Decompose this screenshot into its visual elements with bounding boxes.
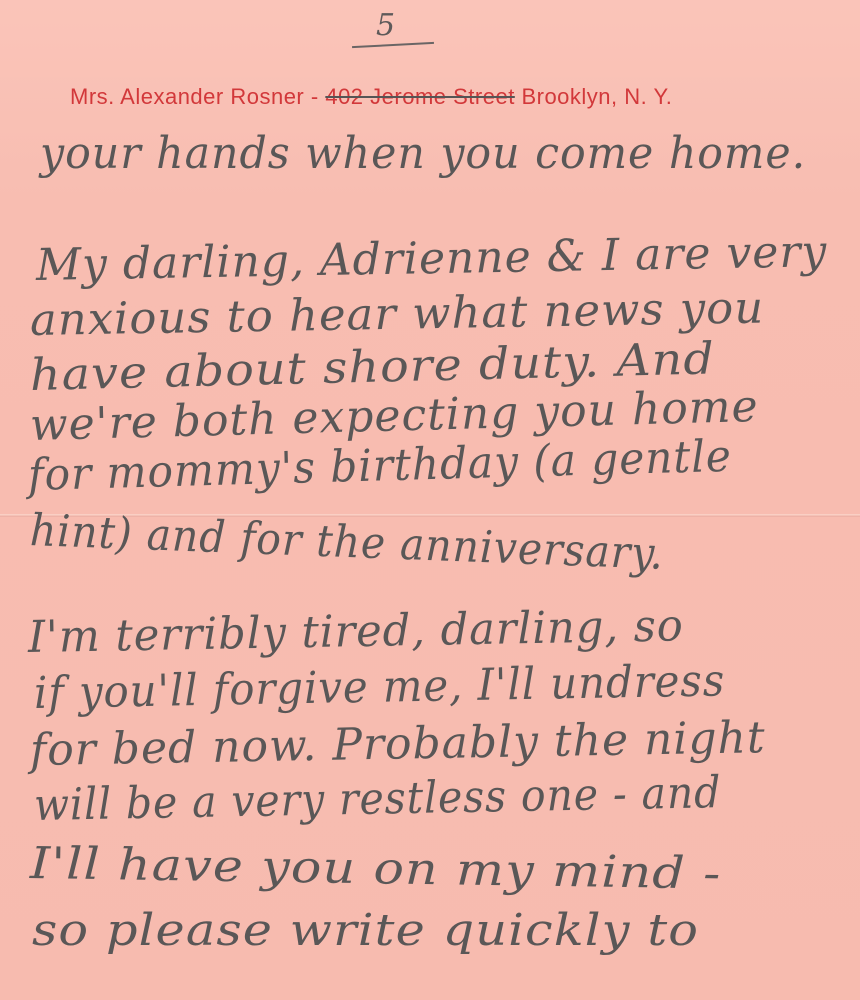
handwritten-line: for bed now. Probably the night — [30, 712, 766, 776]
handwritten-line: if you'll forgive me, I'll undress — [34, 655, 726, 719]
handwritten-line: will be a very restless one - and — [34, 767, 722, 831]
letter-page: 5 Mrs. Alexander Rosner - 402 Jerome Str… — [0, 0, 860, 1000]
letterhead-city: Brooklyn, N. Y. — [521, 84, 672, 109]
handwritten-line: I'm terribly tired, darling, so — [28, 600, 685, 663]
letterhead: Mrs. Alexander Rosner - 402 Jerome Stree… — [70, 84, 810, 110]
page-number: 5 — [376, 8, 395, 43]
handwritten-line: My darling, Adrienne & I are very — [36, 226, 828, 291]
letterhead-name: Mrs. Alexander Rosner - — [70, 84, 319, 109]
handwritten-line: I'll have you on my mind - — [29, 838, 721, 899]
handwritten-line: your hands when you come home. — [40, 128, 806, 179]
letterhead-struck-address: 402 Jerome Street — [325, 84, 514, 109]
handwritten-line: so please write quickly to — [32, 905, 699, 956]
